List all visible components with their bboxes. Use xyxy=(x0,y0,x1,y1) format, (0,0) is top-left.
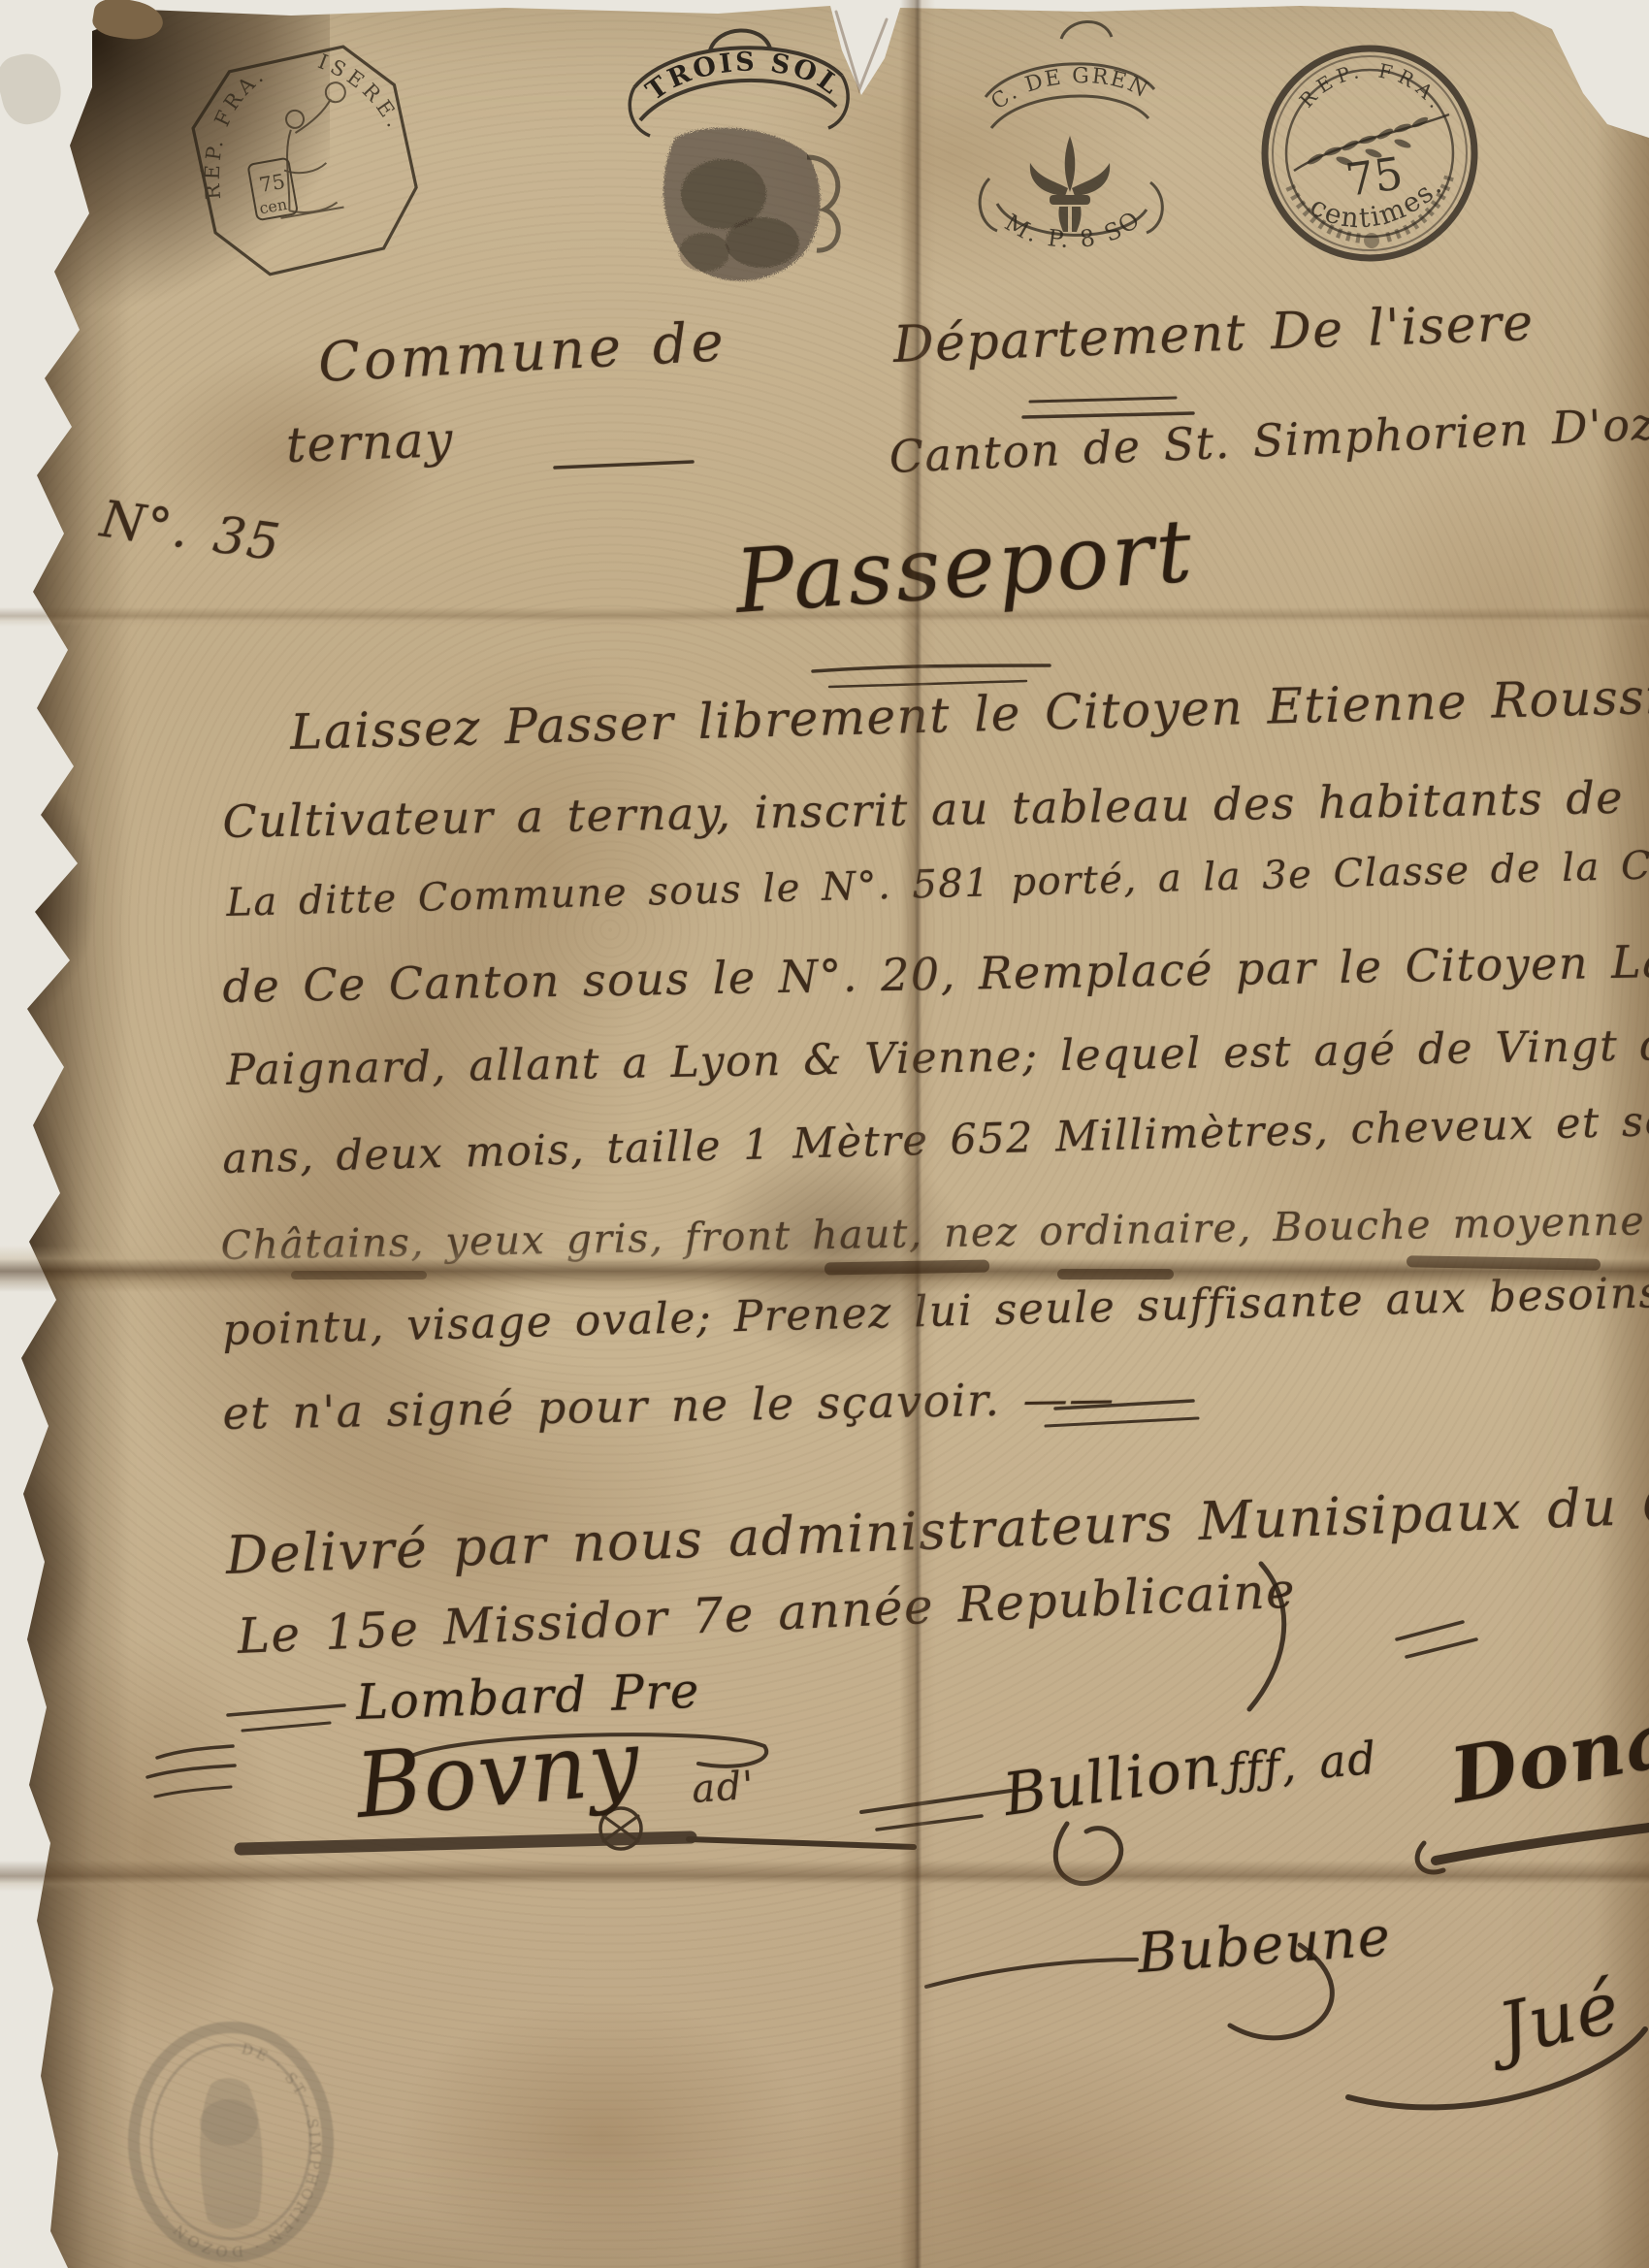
commune-value: ternay xyxy=(285,411,455,473)
grenoble-bottom-text: M. P. 8 SOLS xyxy=(968,2,1148,253)
burned-left-edge xyxy=(0,0,131,2268)
octagon-revenue-stamp: RÉP. FRA. ISERE. 75 cen xyxy=(186,41,421,285)
faded-municipal-seal: DE · ST · SIMPHORIEN · DOZON · xyxy=(114,2016,347,2268)
torn-hole xyxy=(0,1147,31,1212)
fleur-de-lis-icon xyxy=(1030,136,1110,232)
fold-damage-chip xyxy=(291,1271,427,1280)
torn-hole xyxy=(0,929,38,992)
svg-text:M. P. 8 SOLS: M. P. 8 SOLS xyxy=(968,2,1148,253)
fold-damage-chip xyxy=(1057,1269,1174,1280)
round-75-centimes-stamp: REP. FRA. 75 centimes. xyxy=(1257,41,1482,266)
signature-bovny-note: ad' xyxy=(691,1764,757,1812)
trois-sols-crest-stamp: TROIS SOLS xyxy=(617,10,859,301)
scanned-passport-document: RÉP. FRA. ISERE. 75 cen xyxy=(0,0,1649,2268)
grenoble-8-sols-stamp: C. DE GRENOBLE M. P. 8 SOLS xyxy=(968,2,1172,264)
octagon-value: 75 xyxy=(257,170,286,197)
paper-shard xyxy=(0,48,68,130)
torn-hole xyxy=(0,1289,45,1335)
octagon-unit: cen xyxy=(258,195,289,218)
